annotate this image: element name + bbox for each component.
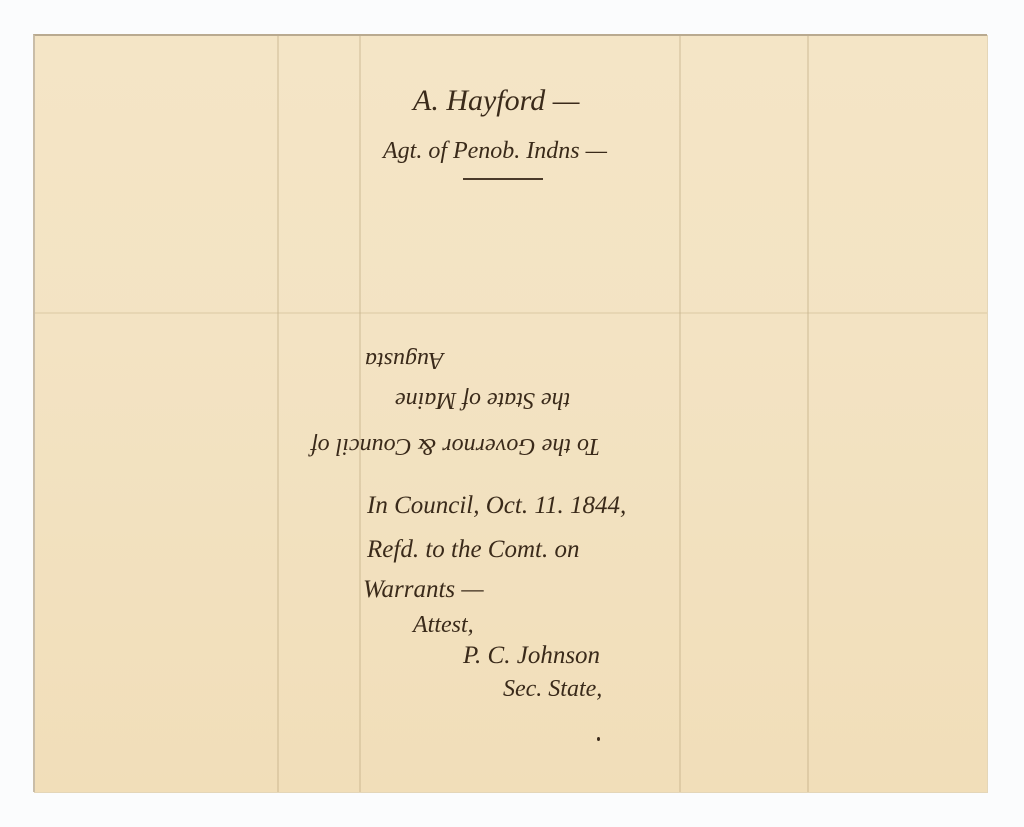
address-line-1: To the Governor & Council of (311, 432, 600, 459)
fold-line (807, 36, 809, 792)
address-line-3: Augusta (365, 346, 444, 373)
address-line-2: the State of Maine (395, 386, 570, 413)
attest-label: Attest, (413, 612, 474, 639)
fold-line (35, 312, 987, 314)
endorsement-line-2: Refd. to the Comt. on (367, 536, 579, 564)
manuscript-page: A. Hayford — Agt. of Penob. Indns — To t… (33, 34, 987, 792)
fold-line (679, 36, 681, 792)
underline-rule (463, 178, 543, 180)
docket-subject: Agt. of Penob. Indns — (383, 138, 607, 165)
fold-line (277, 36, 279, 792)
ink-dot (597, 737, 600, 741)
signature: P. C. Johnson (463, 642, 600, 670)
fold-line (359, 36, 361, 792)
endorsement-line-3: Warrants — (363, 576, 484, 604)
docket-name: A. Hayford — (413, 84, 579, 118)
signer-title: Sec. State, (503, 676, 602, 703)
endorsement-line-1: In Council, Oct. 11. 1844, (367, 492, 626, 520)
